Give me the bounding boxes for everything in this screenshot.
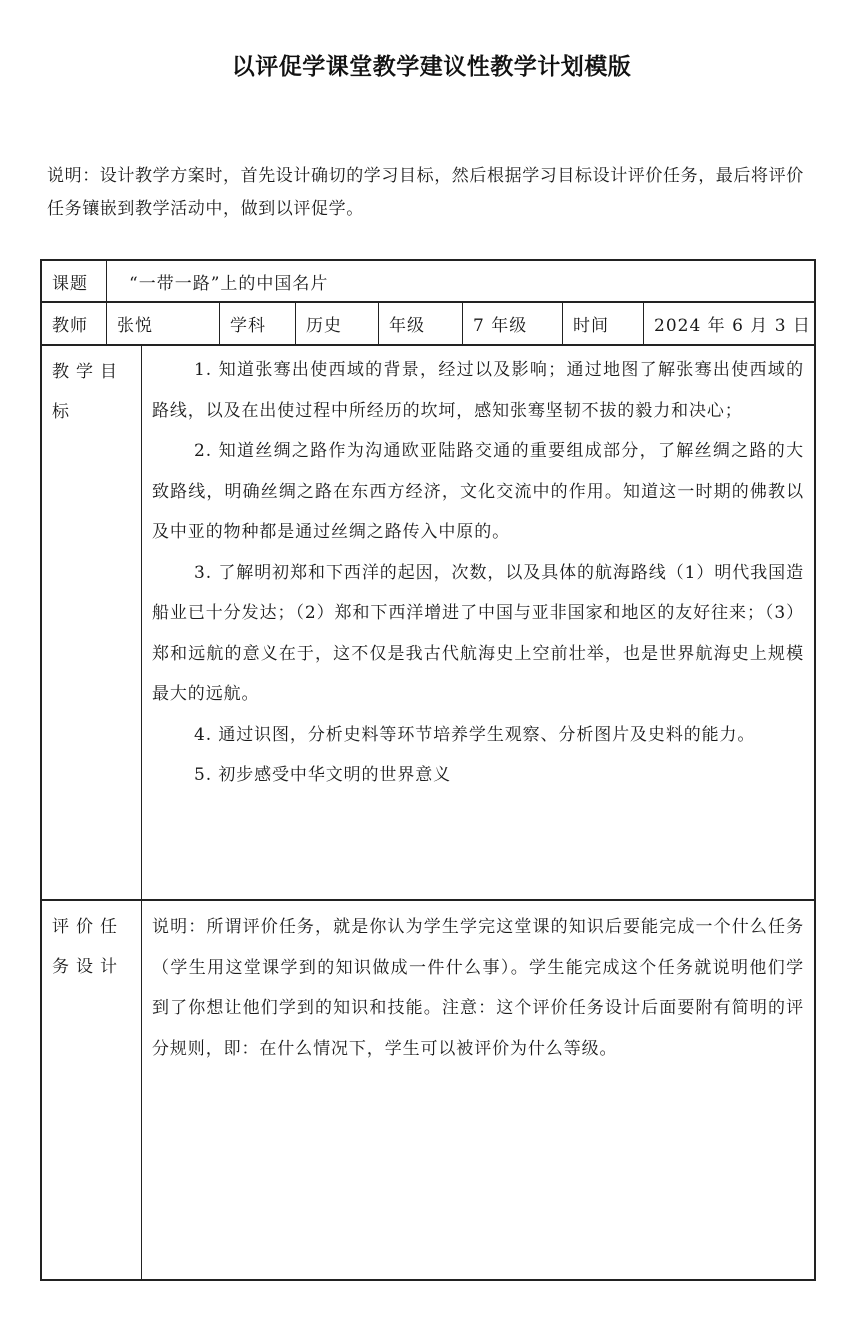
topic-label: 课题 [42, 261, 107, 301]
intro-note: 说明：设计教学方案时，首先设计确切的学习目标，然后根据学习目标设计评价任务，最后… [47, 160, 817, 226]
topic-row: 课题 “一带一路”上的中国名片 [42, 261, 814, 303]
goal-item-2: 2. 知道丝绸之路作为沟通欧亚陆路交通的重要组成部分，了解丝绸之路的大致路线，明… [152, 431, 804, 553]
goals-row: 教学目标 1. 知道张骞出使西域的背景，经过以及影响；通过地图了解张骞出使西域的… [42, 346, 814, 901]
goals-label: 教学目标 [42, 346, 142, 899]
goal-item-1: 1. 知道张骞出使西域的背景，经过以及影响；通过地图了解张骞出使西域的路线，以及… [152, 350, 804, 431]
date-label: 时间 [563, 303, 644, 344]
info-row: 教师 张悦 学科 历史 年级 7 年级 时间 2024 年 6 月 3 日 [42, 303, 814, 346]
subject-label: 学科 [220, 303, 296, 344]
goals-content: 1. 知道张骞出使西域的背景，经过以及影响；通过地图了解张骞出使西域的路线，以及… [142, 346, 814, 899]
topic-value: “一带一路”上的中国名片 [107, 261, 814, 301]
document-title: 以评促学课堂教学建议性教学计划模版 [0, 48, 863, 81]
goal-item-5: 5. 初步感受中华文明的世界意义 [152, 755, 804, 796]
teacher-value: 张悦 [107, 303, 220, 344]
lesson-plan-table: 课题 “一带一路”上的中国名片 教师 张悦 学科 历史 年级 7 年级 时间 2… [40, 259, 816, 1281]
date-value: 2024 年 6 月 3 日 [644, 303, 814, 344]
subject-value: 历史 [296, 303, 379, 344]
evaluation-text: 说明：所谓评价任务，就是你认为学生学完这堂课的知识后要能完成一个什么任务（学生用… [152, 905, 804, 1069]
grade-value: 7 年级 [463, 303, 563, 344]
goal-item-3: 3. 了解明初郑和下西洋的起因，次数，以及具体的航海路线（1）明代我国造船业已十… [152, 553, 804, 715]
evaluation-content: 说明：所谓评价任务，就是你认为学生学完这堂课的知识后要能完成一个什么任务（学生用… [142, 901, 814, 1281]
goal-item-4: 4. 通过识图，分析史料等环节培养学生观察、分析图片及史料的能力。 [152, 715, 804, 756]
evaluation-label: 评价任务设计 [42, 901, 142, 1281]
teacher-label: 教师 [42, 303, 107, 344]
grade-label: 年级 [379, 303, 463, 344]
evaluation-row: 评价任务设计 说明：所谓评价任务，就是你认为学生学完这堂课的知识后要能完成一个什… [42, 901, 814, 1281]
